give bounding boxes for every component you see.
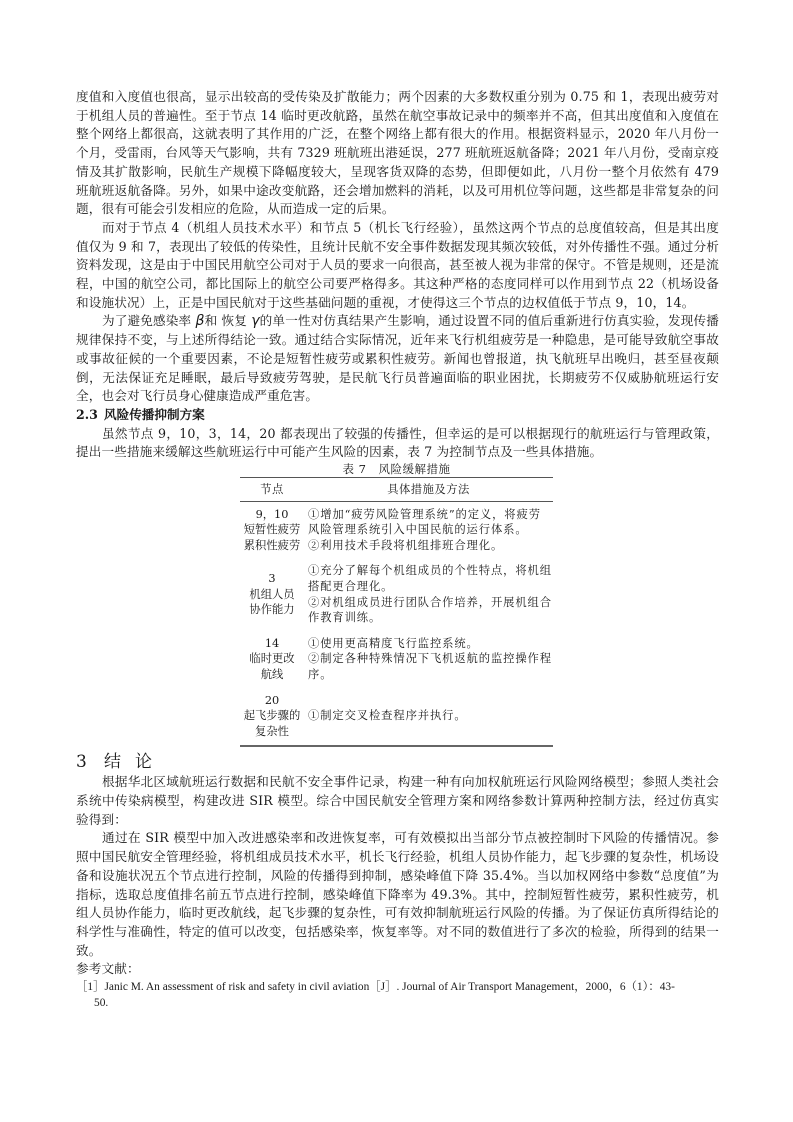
section-number: 2.3 (76, 406, 104, 425)
measure-item: ②制定各种特殊情况下飞机返航的监控操作程序。 (308, 651, 553, 682)
node-label: 复杂性 (240, 724, 304, 740)
references-heading: 参考文献： (76, 960, 719, 979)
node-label: 起飞步骤的 (240, 708, 304, 724)
node-label: 累积性疲劳 (240, 538, 304, 554)
node-label: 航线 (240, 667, 304, 683)
section-heading-3: 3结论 (76, 751, 719, 773)
gamma-symbol: γ (251, 313, 259, 329)
table-row: 9，10 短暂性疲劳 累积性疲劳 ①增加“疲劳风险管理系统”的定义，将疲劳风险管… (240, 501, 553, 558)
measures-cell: ①使用更高精度飞行监控系统。 ②制定各种特殊情况下飞机返航的监控操作程序。 (304, 631, 553, 688)
body-paragraph: 度值和入度值也很高，显示出较高的受传染及扩散能力；两个因素的大多数权重分别为 0… (76, 88, 719, 219)
paper-page: 度值和入度值也很高，显示出较高的受传染及扩散能力；两个因素的大多数权重分别为 0… (76, 88, 719, 1011)
measures-cell: ①制定交叉检查程序并执行。 (304, 688, 553, 747)
node-label: 机组人员 (240, 587, 304, 603)
table-7: 表 7 风险缓解措施 节点 具体措施及方法 9，10 短暂性疲劳 累积性疲劳 ①… (240, 462, 553, 747)
node-id: 14 (240, 636, 304, 652)
text-segment: 为了避免感染率 (102, 313, 195, 328)
column-header-node: 节点 (240, 478, 304, 502)
section-number: 3 (76, 751, 104, 773)
body-paragraph: 虽然节点 9，10，3，14，20 都表现出了较强的传播性，但幸运的是可以根据现… (76, 425, 719, 462)
measure-item: ①增加“疲劳风险管理系统”的定义，将疲劳风险管理系统引入中国民航的运行体系。 (308, 507, 553, 538)
section-title: 风险传播抑制方案 (104, 407, 205, 422)
node-id: 20 (240, 693, 304, 709)
text-segment: 和 恢复 (205, 313, 252, 328)
measures-cell: ①充分了解每个机组成员的个性特点，将机组搭配更合理化。 ②对机组成员进行团队合作… (304, 558, 553, 630)
reference-text: Janic M. An assessment of risk and safet… (104, 981, 674, 993)
body-paragraph: 通过在 SIR 模型中加入改进感染率和改进恢复率，可有效模拟出当部分节点被控制时… (76, 829, 719, 960)
measure-item: ①使用更高精度飞行监控系统。 (308, 636, 553, 652)
measures-cell: ①增加“疲劳风险管理系统”的定义，将疲劳风险管理系统引入中国民航的运行体系。 ②… (304, 501, 553, 558)
reference-number: ［1］ (76, 979, 104, 995)
section-heading-2-3: 2.3风险传播抑制方案 (76, 406, 719, 425)
reference-text-continued: 50. (76, 995, 719, 1011)
measure-item: ②利用技术手段将机组排班合理化。 (308, 538, 553, 554)
node-cell: 14 临时更改 航线 (240, 631, 304, 688)
table-row: 14 临时更改 航线 ①使用更高精度飞行监控系统。 ②制定各种特殊情况下飞机返航… (240, 631, 553, 688)
node-cell: 3 机组人员 协作能力 (240, 558, 304, 630)
column-header-measures: 具体措施及方法 (304, 478, 553, 502)
risk-mitigation-table: 节点 具体措施及方法 9，10 短暂性疲劳 累积性疲劳 ①增加“疲劳风险管理系统… (240, 477, 553, 747)
node-id: 9，10 (240, 507, 304, 523)
beta-symbol: β (195, 313, 204, 329)
table-row: 3 机组人员 协作能力 ①充分了解每个机组成员的个性特点，将机组搭配更合理化。 … (240, 558, 553, 630)
measure-item: ①制定交叉检查程序并执行。 (308, 708, 553, 724)
body-paragraph: 根据华北区域航班运行数据和民航不安全事件记录，构建一种有向加权航班运行风险网络模… (76, 773, 719, 829)
table-row: 20 起飞步骤的 复杂性 ①制定交叉检查程序并执行。 (240, 688, 553, 747)
node-id: 3 (240, 571, 304, 587)
section-title: 结论 (104, 752, 166, 772)
body-paragraph-beta-gamma: 为了避免感染率 β和 恢复 γ的单一性对仿真结果产生影响，通过设置不同的值后重新… (76, 312, 719, 406)
measure-item: ①充分了解每个机组成员的个性特点，将机组搭配更合理化。 (308, 563, 553, 594)
node-cell: 9，10 短暂性疲劳 累积性疲劳 (240, 501, 304, 558)
measure-item: ②对机组成员进行团队合作培养，开展机组合作教育训练。 (308, 595, 553, 626)
node-label: 临时更改 (240, 651, 304, 667)
node-label: 短暂性疲劳 (240, 522, 304, 538)
table-caption: 表 7 风险缓解措施 (240, 462, 553, 477)
node-label: 协作能力 (240, 602, 304, 618)
body-paragraph: 而对于节点 4（机组人员技术水平）和节点 5（机长飞行经验），虽然这两个节点的总… (76, 219, 719, 313)
table-header-row: 节点 具体措施及方法 (240, 478, 553, 502)
reference-item: ［1］Janic M. An assessment of risk and sa… (76, 979, 719, 1011)
node-cell: 20 起飞步骤的 复杂性 (240, 688, 304, 747)
